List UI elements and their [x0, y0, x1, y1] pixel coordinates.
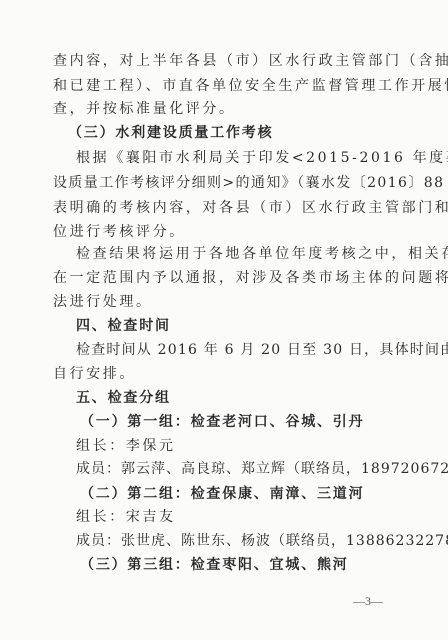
body-line-14: 自行安排。: [53, 365, 405, 383]
heading-inspection-time: 四、检查时间: [76, 317, 406, 335]
body-line-5: 根据《襄阳市水利局关于印发<2015-2016 年度襄阳市水利建: [76, 149, 406, 167]
body-line-10: 在一定范围内予以通报，对涉及各类市场主体的问题将按相关办: [53, 269, 405, 287]
body-line-13: 检查时间从 2016 年 6 月 20 日至 30 日，具体时间由各检查组: [76, 341, 406, 359]
body-line-7: 表明确的考核内容，对各县（市）区水行政主管部门和市直有关单: [53, 199, 405, 217]
heading-inspection-groups: 五、检查分组: [76, 389, 406, 407]
group-1-title: （一）第一组：检查老河口、谷城、引丹: [80, 413, 432, 431]
group-3-title: （三）第三组：检查枣阳、宜城、熊河: [80, 556, 432, 574]
body-line-11: 法进行处理。: [53, 293, 405, 311]
group-1-leader: 组长：李保元: [76, 437, 406, 455]
subheading-quality-assessment: （三）水利建设质量工作考核: [68, 124, 420, 142]
group-2-leader: 组长：宋吉友: [76, 508, 406, 526]
group-2-members: 成员：张世虎、陈世东、杨波（联络员，13886232278）: [76, 532, 406, 550]
body-line-8: 位进行考核评分。: [53, 223, 405, 241]
page-number: —3—: [353, 594, 383, 609]
body-line-3: 查，并按标准量化评分。: [53, 100, 405, 118]
document-page: 查内容，对上半年各县（市）区水行政主管部门（含抽查的在建 和已建工程）、市直各单…: [0, 0, 448, 640]
body-line-6: 设质量工作考核评分细则>的通知》（襄水发〔2016〕88 号）及附: [53, 174, 405, 192]
body-line-2: 和已建工程）、市直各单位安全生产监督管理工作开展情况进行检: [53, 77, 405, 95]
group-1-members: 成员：郭云萍、高良琼、郑立辉（联络员，18972067258）: [76, 460, 406, 478]
group-2-title: （二）第二组：检查保康、南漳、三道河: [80, 485, 432, 503]
body-line-9: 检查结果将运用于各地各单位年度考核之中，相关存在问题: [76, 245, 406, 263]
body-line-1: 查内容，对上半年各县（市）区水行政主管部门（含抽查的在建: [53, 52, 405, 70]
